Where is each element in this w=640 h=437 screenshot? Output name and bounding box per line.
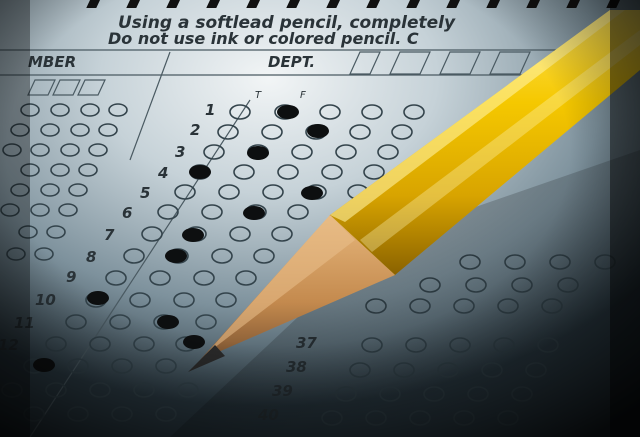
answer-sheet-photo: Using a softlead pencil, completely Do n… xyxy=(0,0,640,437)
photo-scene: Using a softlead pencil, completely Do n… xyxy=(0,0,640,437)
vignette xyxy=(0,0,640,437)
